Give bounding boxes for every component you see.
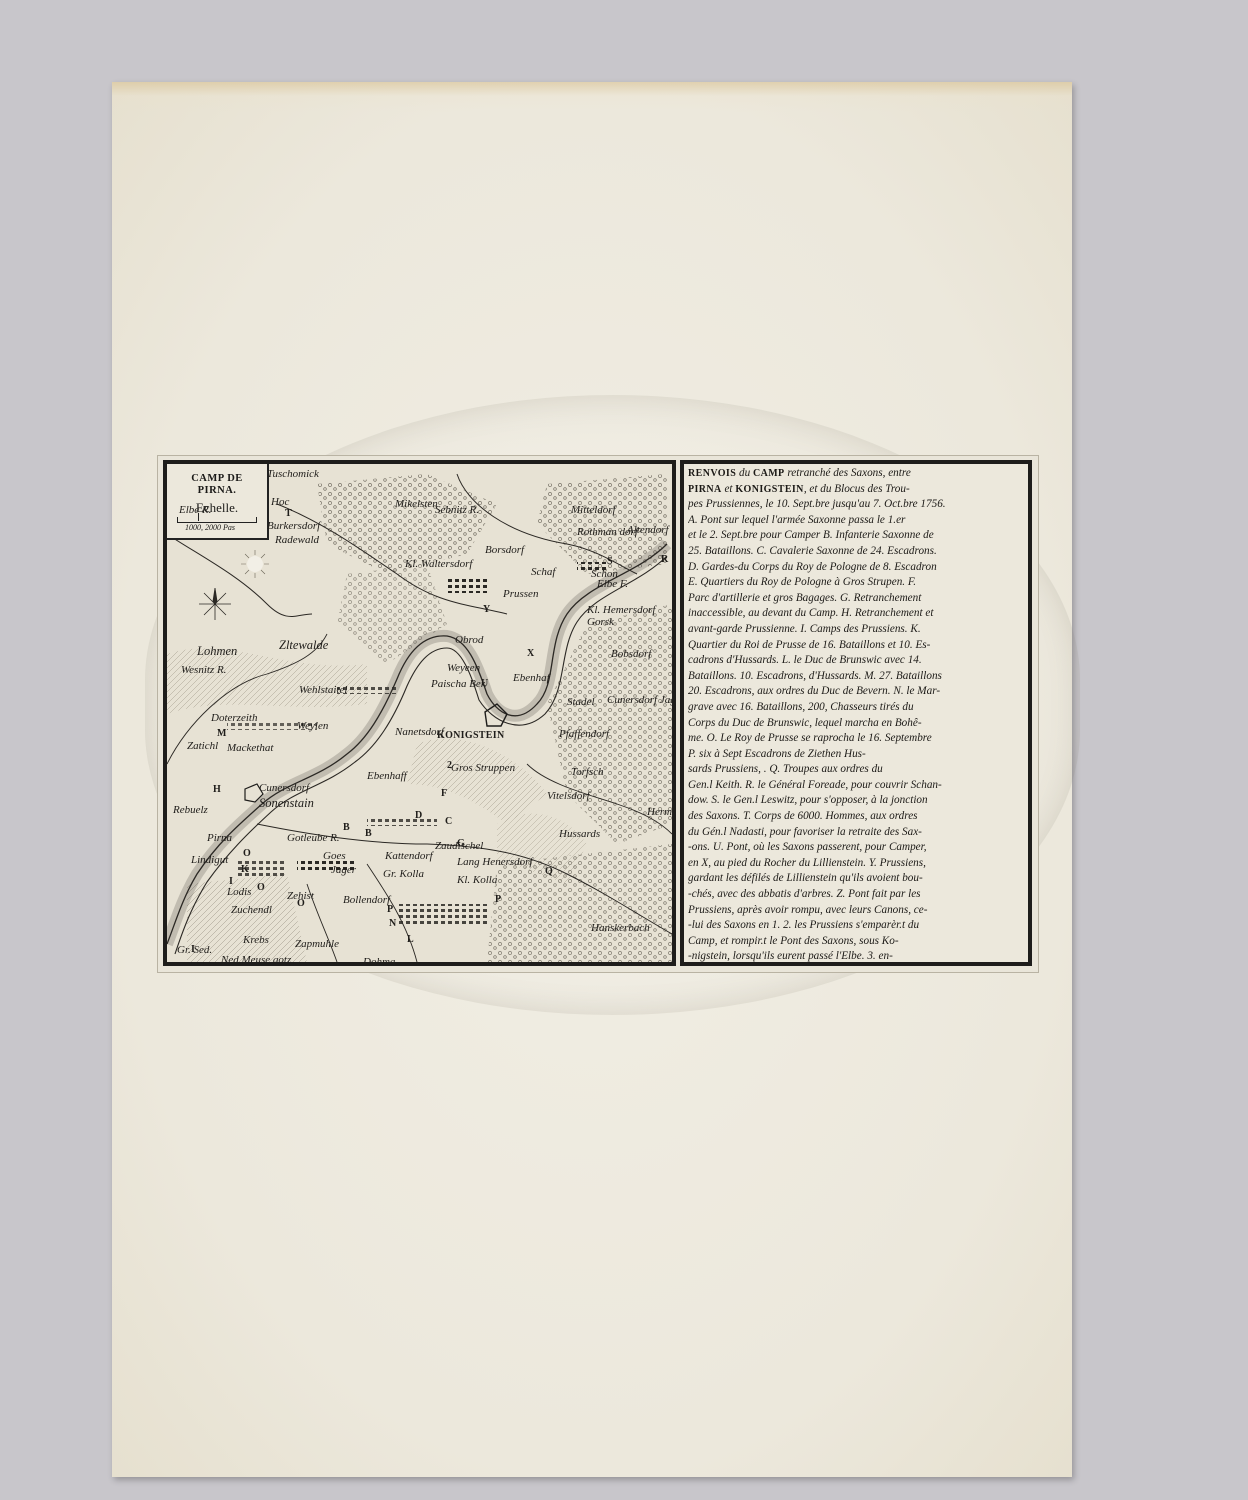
place-label: Gorsk [587,616,614,628]
place-label: Goes [323,850,346,862]
place-label: Lodis [227,886,251,898]
position-letter: K [241,864,249,875]
legend-line: Parc d'artillerie et gros Bagages. G. Re… [688,591,1022,607]
legend-line: -droit, où les Prussiens firent Camper l… [688,965,1022,966]
place-label: Tuschomick [267,468,319,480]
legend-line: en X, au pied du Rocher du Lillienstein.… [688,856,1022,872]
place-label: Kl. Waltersdorf [405,558,472,570]
position-letter: G [457,838,465,849]
legend-title: RENVOIS du CAMP retranché des Saxons, en… [688,466,1022,497]
place-label: Burkersdorf [267,520,320,532]
place-label: Stadel [567,696,595,708]
legend-line: dow. S. le Gen.l Leswitz, pour s'opposer… [688,793,1022,809]
place-label: Elbe R. [179,504,211,516]
place-label: Rothman dorf [577,526,638,538]
place-label: Obrod [455,634,483,646]
place-label: Prussen [503,588,538,600]
place-label: Bobsdorf [611,648,651,660]
legend-line: Quartier du Roi de Prusse de 16. Bataill… [688,638,1022,654]
place-label: Wesnitz R. [181,664,226,676]
place-label: Cunersdorf [259,782,309,794]
place-label: Doterzeith [211,712,257,724]
place-label: Lindigut [191,854,228,866]
place-label: Pirna [207,832,232,844]
position-letter: I [191,944,195,955]
position-letter: S [607,556,613,567]
legend-line: Gen.l Keith. R. le Général Foreade, pour… [688,778,1022,794]
legend-line: E. Quartiers du Roy de Pologne à Gros St… [688,575,1022,591]
place-label: Zuchendl [231,904,272,916]
place-label: Schaf [531,566,555,578]
position-letter: L [407,934,414,945]
legend-line: gardant les défilés de Lillienstein qu'i… [688,871,1022,887]
legend-line: -nigstein, lorsqu'ils eurent passé l'Elb… [688,949,1022,965]
place-label: Gr. Kolla [383,868,424,880]
legend-line: cadrons d'Hussards. L. le Duc de Brunswi… [688,653,1022,669]
place-label: Paischa Ber. [431,678,487,690]
position-letter: Y [483,604,490,615]
position-letter: N [389,918,396,929]
legend-line: Camp, et rompir.t le Pont des Saxons, so… [688,934,1022,950]
scale-bar [177,517,257,523]
place-label: Dohma [363,956,395,966]
place-label: Radewald [275,534,319,546]
legend-line: des Saxons. T. Corps de 6000. Hommes, au… [688,809,1022,825]
position-letter: M [217,728,226,739]
place-label: Ebenhaff [367,770,407,782]
position-letter: 2 [447,760,452,771]
legend-line: -chés, avec des abbatis d'arbres. Z. Pon… [688,887,1022,903]
legend-line: et le 2. Sept.bre pour Camper B. Infante… [688,528,1022,544]
legend-line: A. Pont sur lequel l'armée Saxonne passa… [688,513,1022,529]
scale-text: 1000, 2000 Pas [185,523,267,532]
position-letter: B [365,828,372,839]
position-letter: C [445,816,452,827]
position-letter: U [481,678,488,689]
place-label: Ned Meuse gotz [221,954,291,966]
legend-line: sards Prussiens, . Q. Troupes aux ordres… [688,762,1022,778]
legend-line: -ons. U. Pont, où les Saxons passerent, … [688,840,1022,856]
place-label: Mitteldorf [571,504,616,516]
place-label: Cunersdorf Jager [607,694,676,706]
place-label: Kl. Kolla [457,874,497,886]
place-label: Lohmen [197,644,237,659]
position-letter: D [415,810,422,821]
position-letter: P [387,904,393,915]
place-label: Schon [591,568,618,580]
position-letter: O [297,898,305,909]
legend-line: P. six à Sept Escadrons de Ziethen Hus- [688,747,1022,763]
legend-line: Corps du Duc de Brunswic, lequel marcha … [688,716,1022,732]
place-label: Hanskerbach [591,922,650,934]
position-letter: O [257,882,265,893]
position-letter: R [661,554,668,565]
legend-line: Prussiens, après avoir rompu, avec leurs… [688,903,1022,919]
position-letter: H [213,784,221,795]
place-label: Gotleube R. [287,832,340,844]
legend-line: Bataillons. 10. Escadrons, d'Hussards. M… [688,669,1022,685]
place-label: Vitelsdorf [547,790,590,802]
place-label: Zltewalde [279,638,328,653]
place-label: Kl. Hemersdorf [587,604,655,616]
place-label: Mackethat [227,742,273,754]
legend-body: pes Prussiennes, le 10. Sept.bre jusqu'a… [688,497,1022,966]
position-letter: I [229,876,233,887]
legend-line: 20. Escadrons, aux ordres du Duc de Beve… [688,684,1022,700]
place-label: Ebenhaf [513,672,550,684]
place-label: Hoc [271,496,289,508]
map-cartouche: CAMP DE PIRNA. Echelle. 1000, 2000 Pas [167,464,269,540]
position-letter: B [343,822,350,833]
legend-line: avant-garde Prussienne. I. Camps des Pru… [688,622,1022,638]
position-letter: T [285,508,292,519]
legend-line: du Gén.l Nadasti, pour favoriser la retr… [688,825,1022,841]
place-label: Weylen [297,720,328,732]
place-label: Bollendorf [343,894,390,906]
place-label: Sebnitz R. [435,504,479,516]
place-label: Kattendorf [385,850,433,862]
place-label: Weyeen [447,662,480,674]
place-label: Jager [331,864,356,876]
place-label: Pfaffendorf [559,728,609,740]
place-label: Wehlstaitel [299,684,347,696]
place-label: KONIGSTEIN [437,730,504,741]
place-label: Lang Henersdorf [457,856,532,868]
legend-line: pes Prussiennes, le 10. Sept.bre jusqu'a… [688,497,1022,513]
place-label: Hermsdorf [647,806,676,818]
position-letter: Q [545,866,553,877]
place-label: Rebuelz [173,804,208,816]
place-label: Krebs [243,934,269,946]
place-label: Borsdorf [485,544,524,556]
legend-line: -lui des Saxons en 1. 2. les Prussiens s… [688,918,1022,934]
legend-line: D. Gardes-du Corps du Roy de Pologne de … [688,560,1022,576]
compass-rose-icon [199,588,231,620]
legend-line: 25. Bataillons. C. Cavalerie Saxonne de … [688,544,1022,560]
legend-line: me. O. Le Roy de Prusse se raprocha le 1… [688,731,1022,747]
position-letter: X [527,648,534,659]
place-label: Mikelsten [395,498,438,510]
place-label: Sonenstain [259,796,314,811]
legend-panel: RENVOIS du CAMP retranché des Saxons, en… [680,460,1032,966]
position-letter: F [441,788,447,799]
place-label: Zatichl [187,740,218,752]
legend-line: grave avec 16. Bataillons, 200, Chasseur… [688,700,1022,716]
map-panel: CAMP DE PIRNA. Echelle. 1000, 2000 Pas T… [163,460,676,966]
position-letter: O [243,848,251,859]
place-label: Gros Struppen [451,762,515,774]
place-label: Torfsch [571,766,604,778]
place-label: Zapmuhle [295,938,339,950]
legend-line: inaccessible, au devant du Camp. H. Retr… [688,606,1022,622]
place-label: Hussards [559,828,600,840]
position-letter: P [495,894,501,905]
map-title: CAMP DE PIRNA. [167,473,267,497]
